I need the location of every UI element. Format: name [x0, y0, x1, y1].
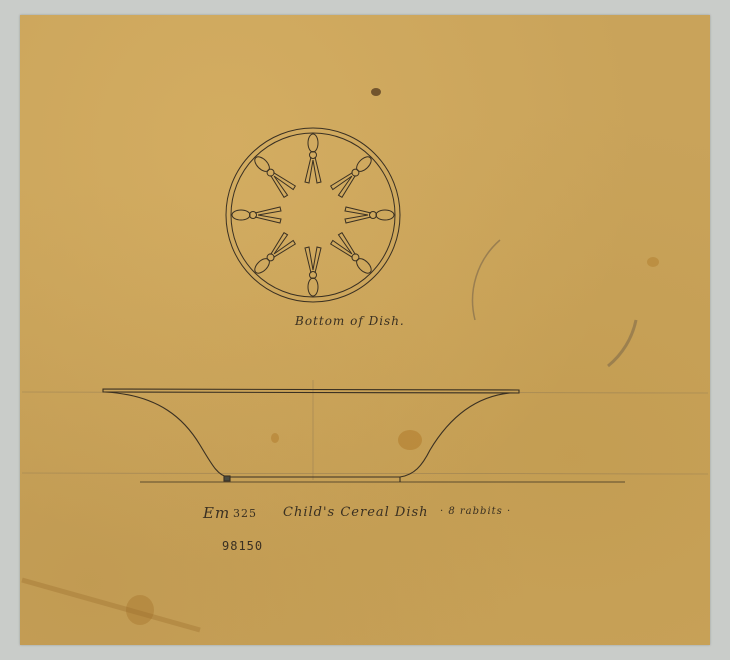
designer-initials: Em	[203, 504, 230, 522]
drawing-title: Child's Cereal Dish	[283, 505, 429, 520]
plan-view-caption: Bottom of Dish.	[295, 314, 405, 328]
catalog-number: 98150	[222, 539, 263, 553]
drawing-sheet: Bottom of Dish. Em 325 Child's Cereal Di…	[20, 15, 710, 645]
pattern-number: 325	[233, 507, 257, 520]
profile-view-dish	[103, 389, 625, 482]
paper-stains	[22, 88, 659, 630]
plan-view-rabbit-ring	[226, 128, 400, 302]
construction-lines	[22, 380, 708, 480]
ink-drawing	[20, 15, 710, 645]
motif-count-note: · 8 rabbits ·	[440, 506, 511, 517]
